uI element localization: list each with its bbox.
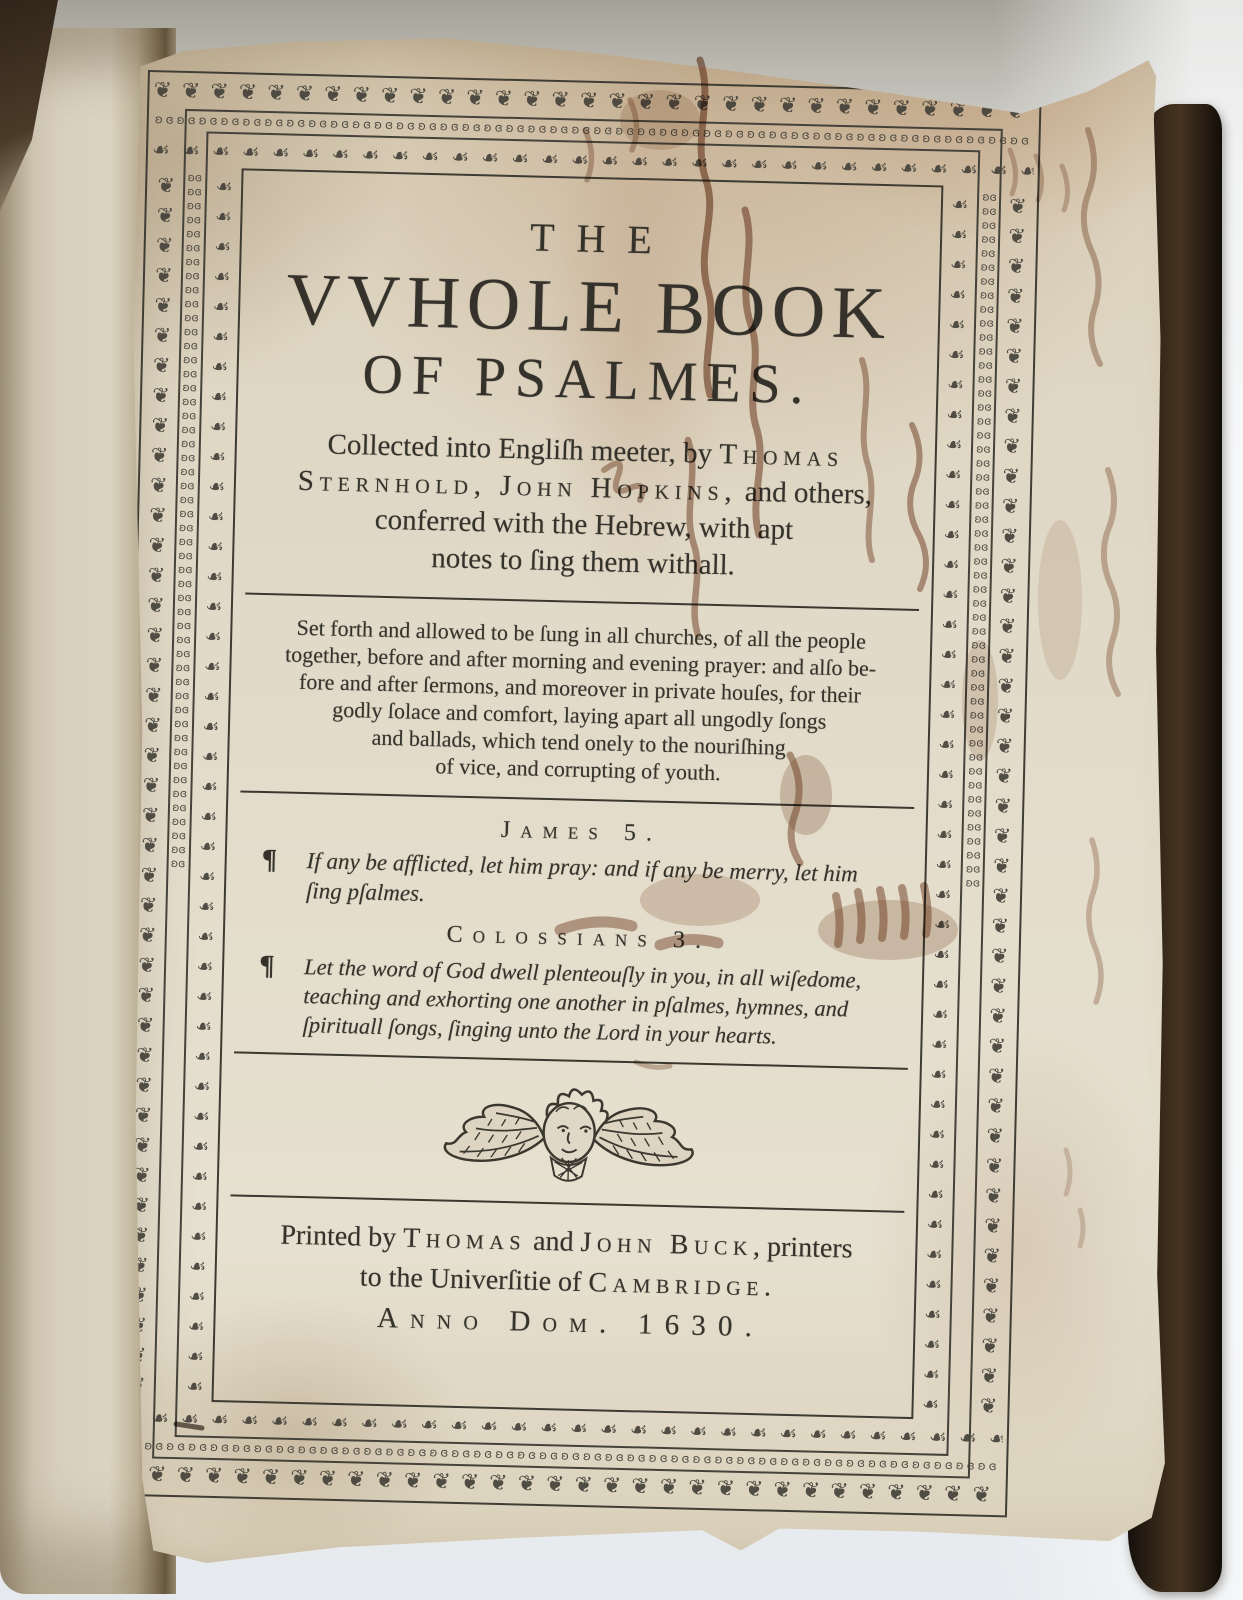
allowance-paragraph: Set forth and allowed to be ſung in all … [257,613,903,791]
cherub-device-icon [433,1076,706,1191]
pilcrow-icon: ¶ [260,951,275,980]
printers-device [247,1072,892,1201]
section-rule [234,1051,908,1069]
photo-backdrop: ❦❦❦❦❦❦❦❦❦❦❦❦❦❦❦❦❦❦❦❦❦❦❦❦❦❦❦❦❦❦❦❦❦❦ ʚɞʚɞʚ… [0,0,1243,1600]
subtitle: Collected into Engliſh meeter, by Thomas… [262,425,907,589]
colossians-quote: ¶ Let the word of God dwell plenteouſly … [250,951,894,1054]
section-rule [245,593,919,611]
section-rule [240,790,914,808]
title-page-content: THE VVHOLE BOOK OF PSALMES. Collected in… [214,170,942,1417]
left-wing [445,1104,546,1163]
ornamental-border-frame: ❦❦❦❦❦❦❦❦❦❦❦❦❦❦❦❦❦❦❦❦❦❦❦❦❦❦❦❦❦❦❦❦❦❦ ʚɞʚɞʚ… [113,70,1042,1517]
pilcrow-icon: ¶ [262,845,277,875]
title-page: ❦❦❦❦❦❦❦❦❦❦❦❦❦❦❦❦❦❦❦❦❦❦❦❦❦❦❦❦❦❦❦❦❦❦ ʚɞʚɞʚ… [118,26,1220,1588]
imprint: Printed by Thomas and John Buck, printer… [243,1215,888,1351]
page-title-whole-book: VVHOLE BOOK [267,259,911,355]
james-quote: ¶ If any be afflicted, let him pray: and… [254,845,897,921]
